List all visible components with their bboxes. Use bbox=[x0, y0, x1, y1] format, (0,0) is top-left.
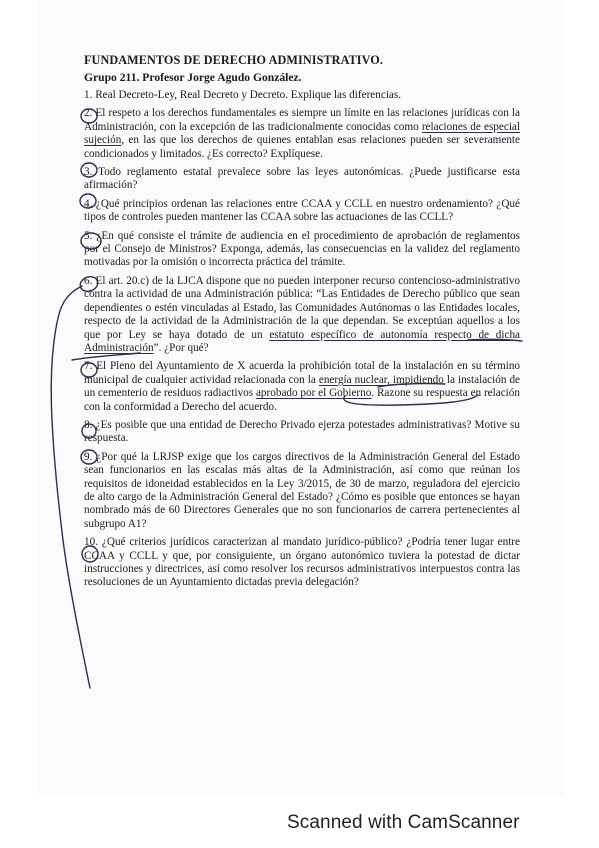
question-6: 6. El art. 20.c) de la LJCA dispone que … bbox=[84, 275, 520, 355]
question-text: ¿Qué principios ordenan las relaciones e… bbox=[84, 198, 520, 223]
question-number: 9. bbox=[84, 451, 92, 463]
question-2: 2. El respeto a los derechos fundamental… bbox=[84, 107, 520, 161]
question-number: 6. bbox=[84, 275, 92, 287]
question-text: , en las que los derechos de quienes ent… bbox=[84, 134, 520, 159]
question-text: ¿Qué criterios jurídicos caracterizan al… bbox=[84, 536, 520, 588]
question-9: 9. ¿Por qué la LRJSP exige que los cargo… bbox=[84, 451, 520, 531]
question-3: 3. Todo reglamento estatal prevalece sob… bbox=[84, 166, 520, 193]
question-10: 10. ¿Qué criterios jurídicos caracteriza… bbox=[84, 536, 520, 590]
question-7: 7. El Pleno del Ayuntamiento de X acuerd… bbox=[84, 360, 520, 414]
question-text: Real Decreto-Ley, Real Decreto y Decreto… bbox=[95, 89, 401, 101]
question-text: ¿Por qué la LRJSP exige que los cargos d… bbox=[84, 451, 520, 530]
underlined-phrase: aprobado por el Gobierno bbox=[256, 387, 371, 399]
underlined-phrase: energía nuclear bbox=[319, 374, 387, 386]
question-text: ¿En qué consiste el trámite de audiencia… bbox=[84, 230, 520, 269]
question-number: 1. bbox=[84, 89, 92, 101]
question-number: 2. bbox=[84, 107, 92, 119]
question-number: 10. bbox=[84, 536, 98, 548]
question-1: 1. Real Decreto-Ley, Real Decreto y Decr… bbox=[84, 89, 520, 102]
document-title: FUNDAMENTOS DE DERECHO ADMINISTRATIVO. bbox=[84, 52, 520, 68]
question-number: 8. bbox=[84, 419, 92, 431]
question-5: 5. ¿En qué consiste el trámite de audien… bbox=[84, 230, 520, 270]
question-number: 4. bbox=[84, 198, 92, 210]
question-number: 5. bbox=[84, 230, 92, 242]
exam-document: FUNDAMENTOS DE DERECHO ADMINISTRATIVO. G… bbox=[84, 52, 520, 590]
question-text: ”. ¿Por qué? bbox=[154, 342, 209, 354]
camscanner-watermark: Scanned with CamScanner bbox=[287, 812, 520, 834]
question-text: Todo reglamento estatal prevalece sobre … bbox=[84, 166, 520, 191]
question-number: 3. bbox=[84, 166, 92, 178]
document-subtitle: Grupo 211. Profesor Jorge Agudo González… bbox=[84, 70, 520, 86]
question-8: 8. ¿Es posible que una entidad de Derech… bbox=[84, 419, 520, 446]
question-number: 7. bbox=[84, 360, 92, 372]
question-text: ¿Es posible que una entidad de Derecho P… bbox=[84, 419, 520, 444]
question-4: 4. ¿Qué principios ordenan las relacione… bbox=[84, 198, 520, 225]
